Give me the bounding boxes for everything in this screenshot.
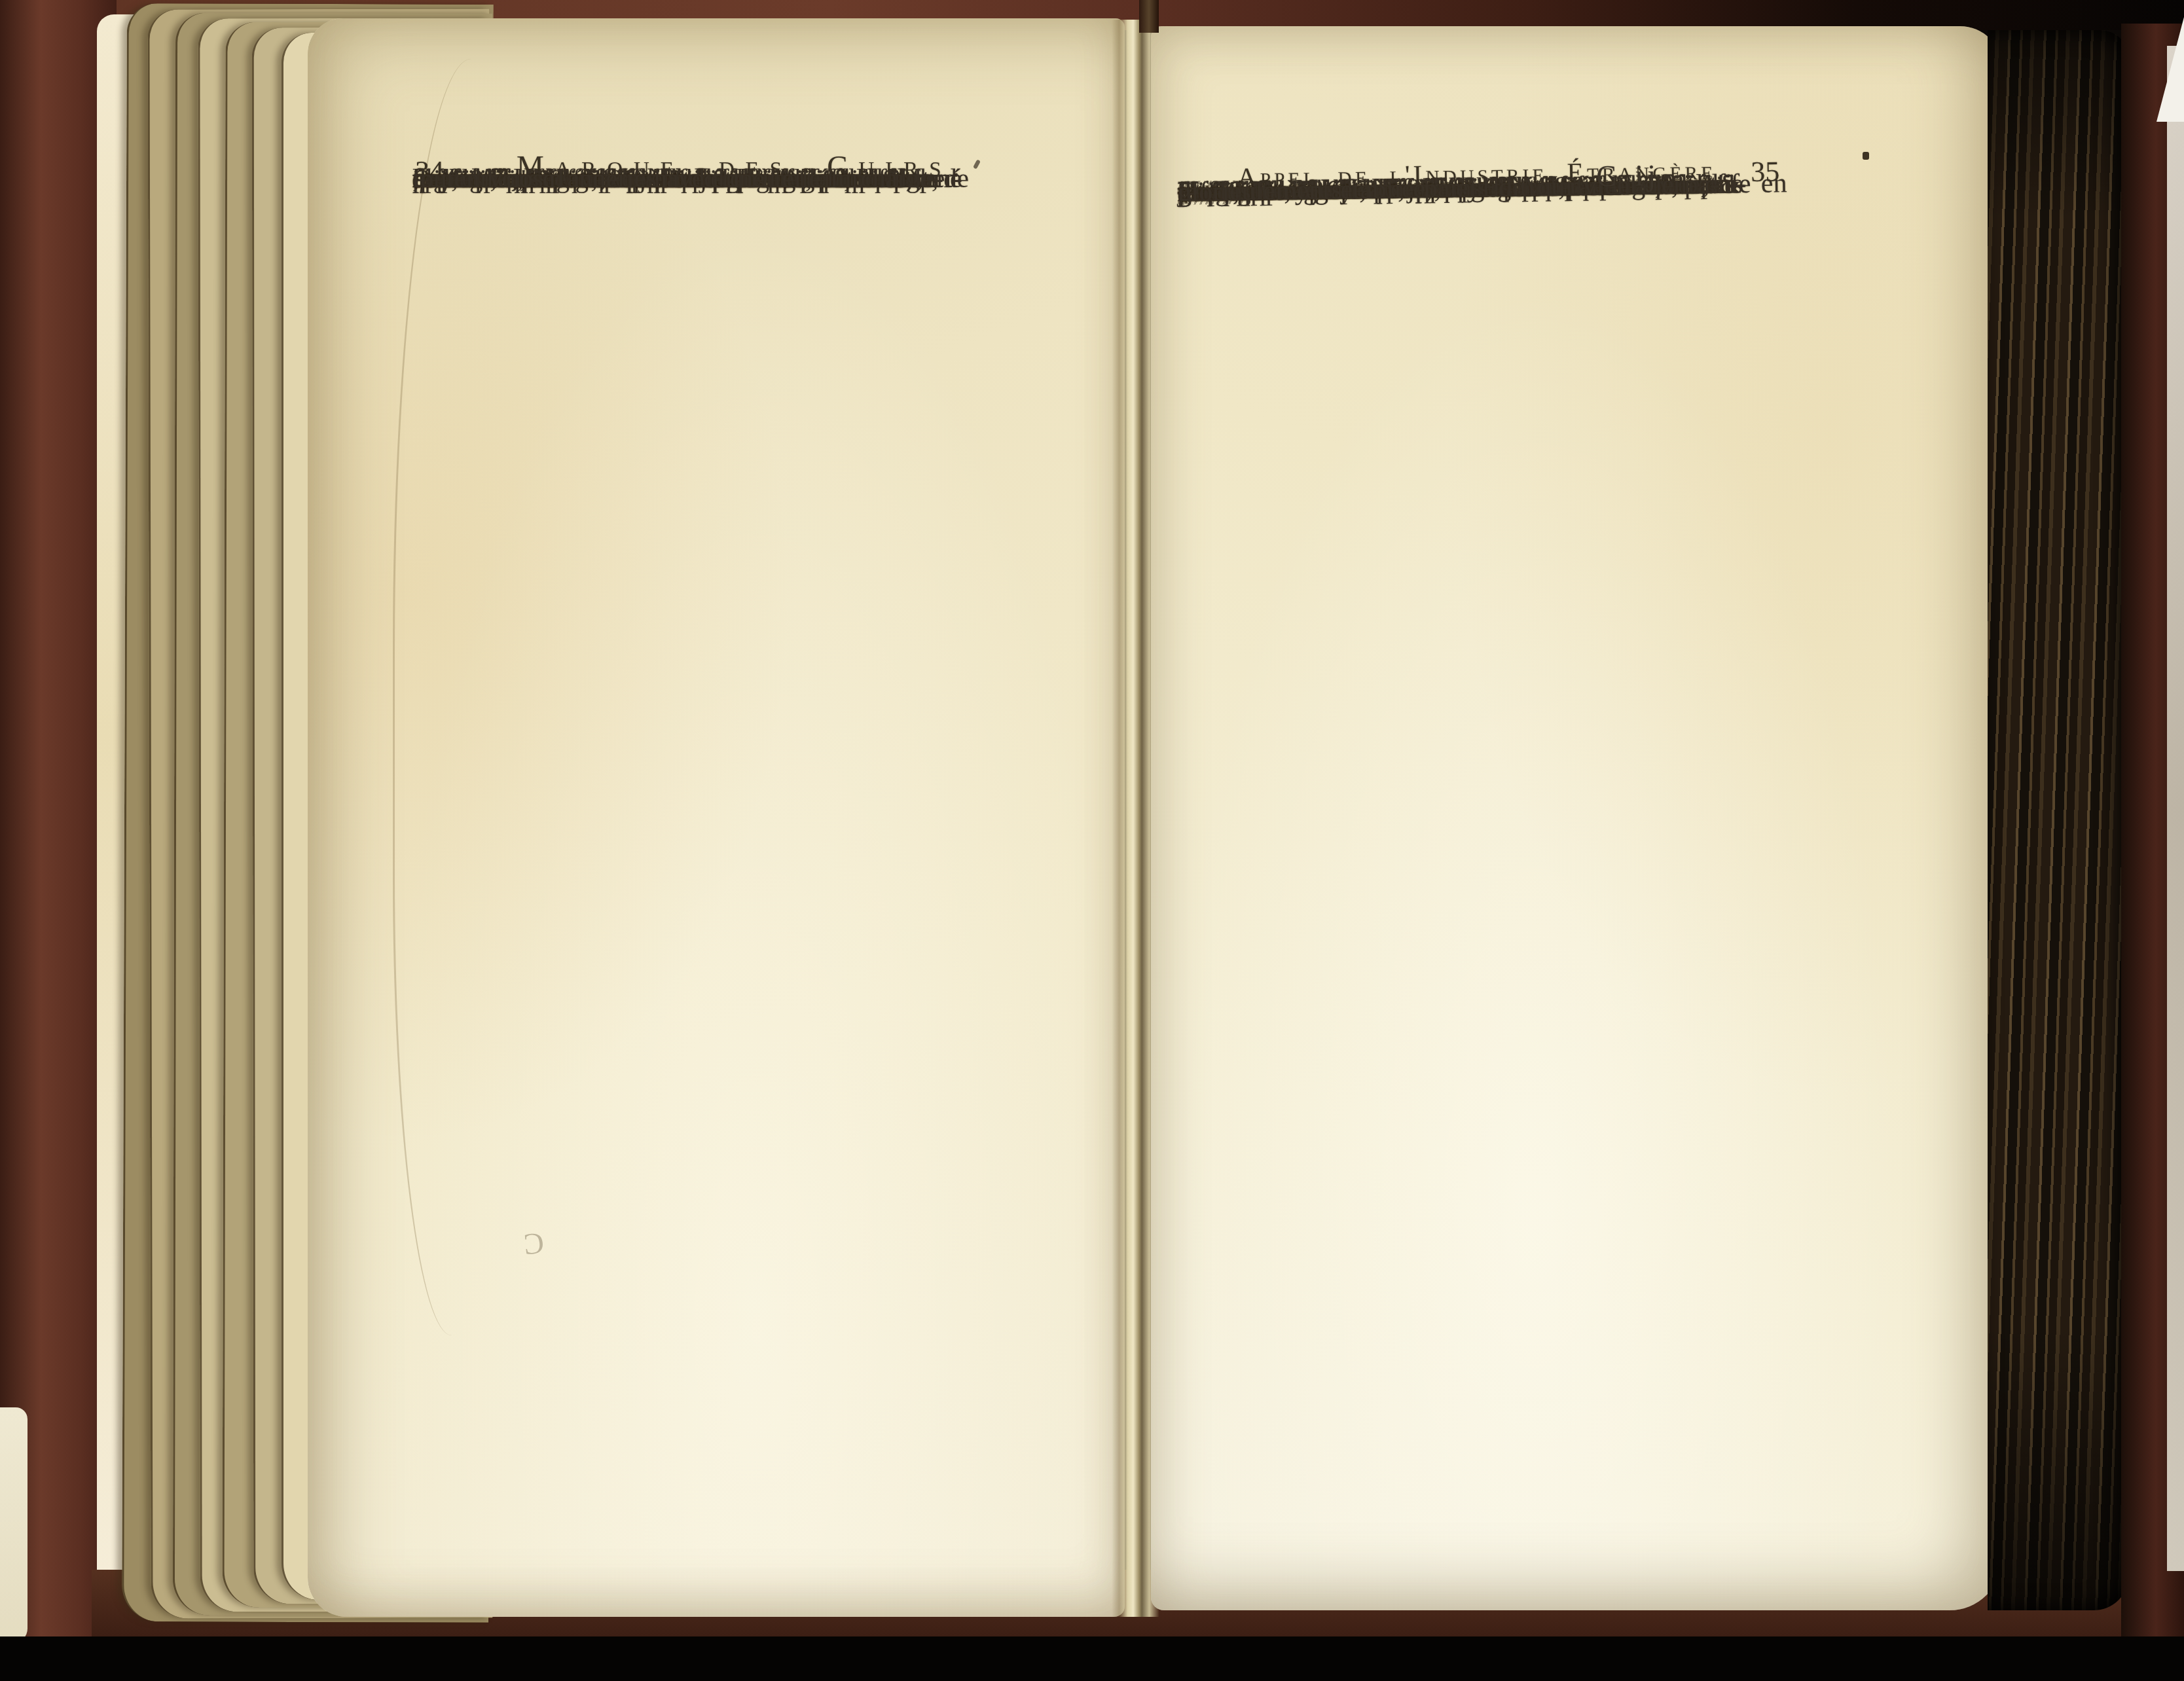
- text-segment: ſoutenir nos Tanneries avec une telle ſu…: [412, 160, 938, 197]
- cover-board-edge: [2167, 46, 2184, 1571]
- page-edges-right: [1988, 30, 2129, 1610]
- endpaper-bottom-left: [0, 1407, 27, 1643]
- signature-mark: C ij: [1177, 158, 1660, 200]
- spine-notch: [1139, 0, 1159, 33]
- showthrough-catchword: C: [522, 1225, 545, 1262]
- right-page: [1151, 26, 2002, 1610]
- book-scan: 34 Marque des Cuirs. le travail s'eſt él…: [0, 0, 2184, 1681]
- scan-bottom-band: [0, 1636, 2184, 1681]
